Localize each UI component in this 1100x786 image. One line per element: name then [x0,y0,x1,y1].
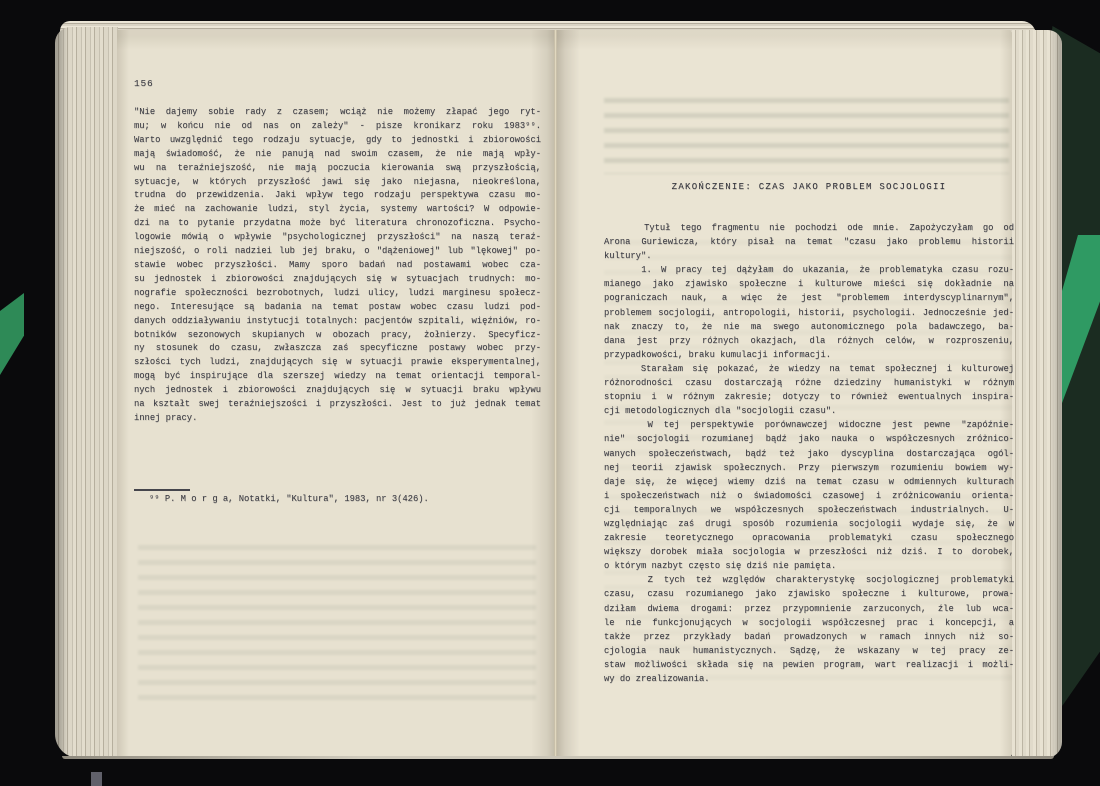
scanned-book-photo: { "colors": { "background": "#0a0a0c", "… [0,0,1100,786]
page-edges-right [1012,30,1062,758]
background-green-stripe-left [0,293,24,375]
page-showthrough [138,545,536,705]
page-edges-bottom [62,756,1054,759]
right-page-body-text: Tytuł tego fragmentu nie pochodzi ode mn… [604,221,1014,686]
page-showthrough [604,98,1009,174]
chapter-heading: ZAKOŃCZENIE: CZAS JAKO PROBLEM SOCJOLOGI… [604,182,1014,192]
footnote: ⁹⁹ P. M o r g a, Notatki, "Kultura", 198… [149,494,429,504]
left-page-body-text: "Nie dajemy sobie rady z czasem; wciąż n… [134,106,541,426]
page-edges-left [55,27,118,758]
page-number: 156 [134,78,154,89]
footnote-rule [134,489,190,491]
background-tab [91,772,102,786]
book-gutter [554,30,557,757]
